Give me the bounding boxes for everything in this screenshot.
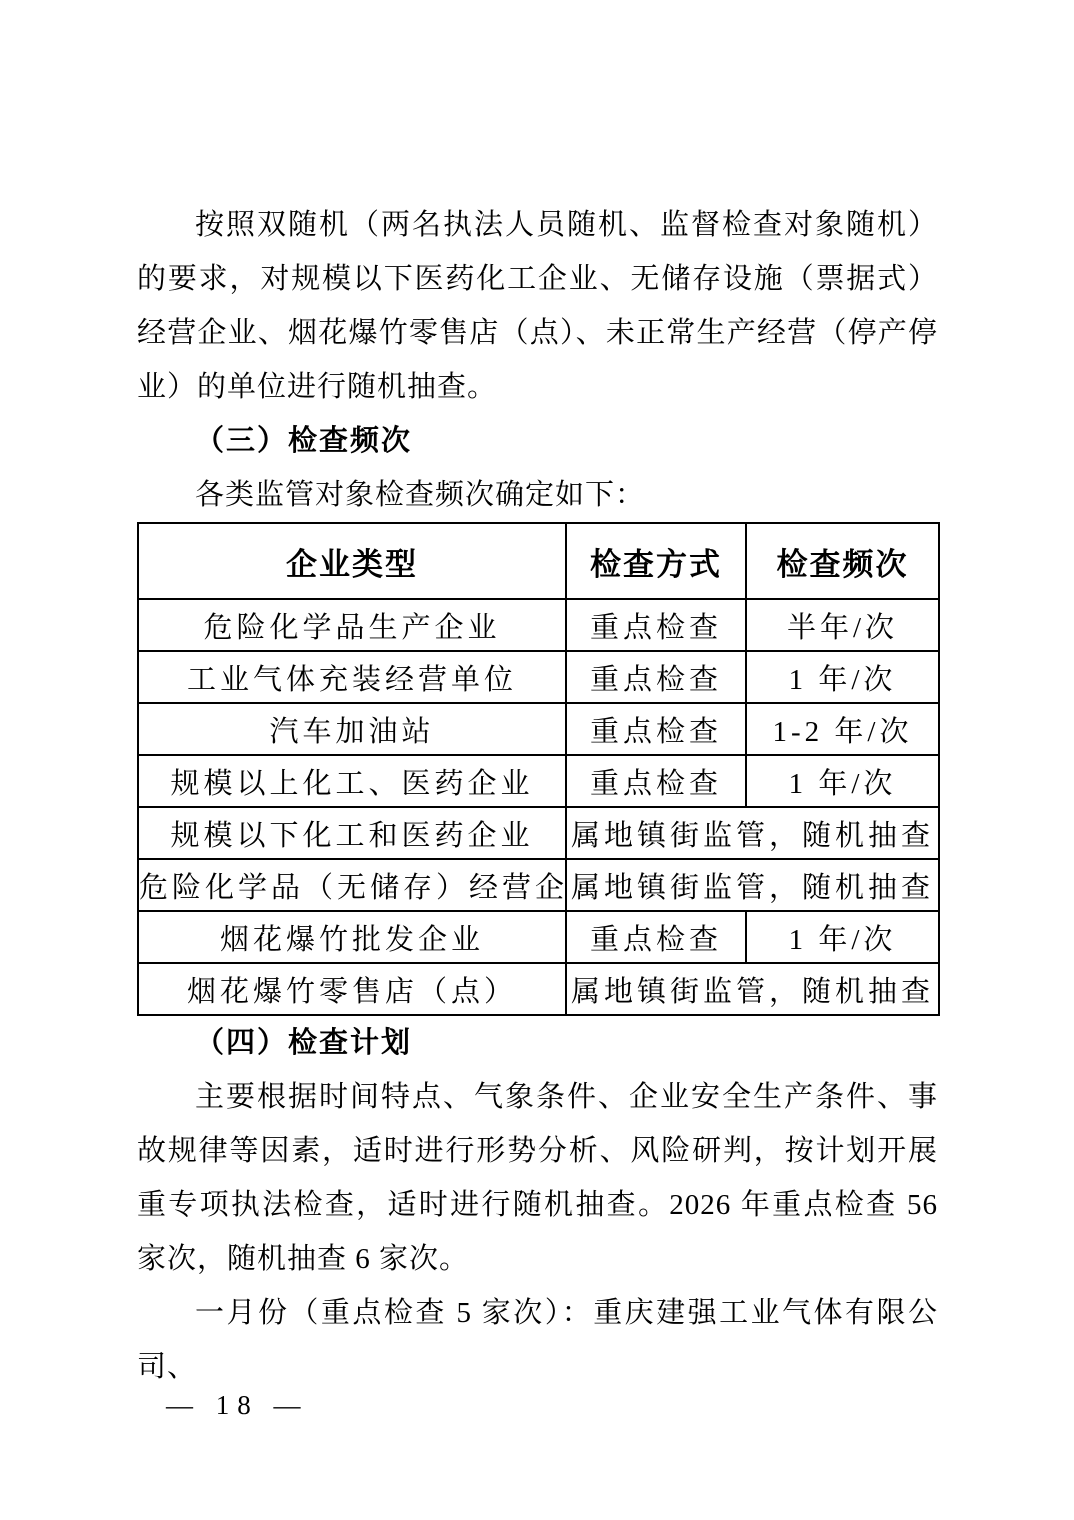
cell-inspection-frequency: 1-2 年/次 — [746, 703, 939, 755]
section-heading-4: （四）检查计划 — [137, 1016, 938, 1070]
cell-enterprise-type: 工业气体充装经营单位 — [138, 651, 566, 703]
table-row: 烟花爆竹批发企业 重点检查 1 年/次 — [138, 911, 939, 963]
section-heading-3: （三）检查频次 — [137, 414, 938, 468]
cell-inspection-method: 重点检查 — [566, 599, 746, 651]
paragraph-january: 一月份（重点检查 5 家次）：重庆建强工业气体有限公司、 — [137, 1286, 938, 1394]
cell-method-merged: 属地镇街监管，随机抽查 — [566, 807, 939, 859]
column-header-inspection-frequency: 检查频次 — [746, 523, 939, 599]
table-row: 烟花爆竹零售店（点） 属地镇街监管，随机抽查 — [138, 963, 939, 1015]
cell-enterprise-type: 汽车加油站 — [138, 703, 566, 755]
table-row: 危险化学品（无储存）经营企业 属地镇街监管，随机抽查 — [138, 859, 939, 911]
cell-enterprise-type: 规模以下化工和医药企业 — [138, 807, 566, 859]
cell-inspection-frequency: 1 年/次 — [746, 755, 939, 807]
table-row: 工业气体充装经营单位 重点检查 1 年/次 — [138, 651, 939, 703]
cell-inspection-frequency: 半年/次 — [746, 599, 939, 651]
column-header-enterprise-type: 企业类型 — [138, 523, 566, 599]
cell-inspection-frequency: 1 年/次 — [746, 651, 939, 703]
cell-enterprise-type: 规模以上化工、医药企业 — [138, 755, 566, 807]
cell-method-merged: 属地镇街监管，随机抽查 — [566, 859, 939, 911]
table-row: 危险化学品生产企业 重点检查 半年/次 — [138, 599, 939, 651]
page-number: — 18 — — [166, 1390, 309, 1421]
table-intro-line: 各类监管对象检查频次确定如下： — [137, 468, 938, 522]
table-header-row: 企业类型 检查方式 检查频次 — [138, 523, 939, 599]
cell-enterprise-type: 危险化学品生产企业 — [138, 599, 566, 651]
paragraph-inspection-plan: 主要根据时间特点、气象条件、企业安全生产条件、事故规律等因素，适时进行形势分析、… — [137, 1070, 938, 1286]
cell-enterprise-type: 烟花爆竹批发企业 — [138, 911, 566, 963]
cell-inspection-method: 重点检查 — [566, 703, 746, 755]
cell-inspection-method: 重点检查 — [566, 755, 746, 807]
cell-method-merged: 属地镇街监管，随机抽查 — [566, 963, 939, 1015]
cell-enterprise-type: 烟花爆竹零售店（点） — [138, 963, 566, 1015]
inspection-frequency-table: 企业类型 检查方式 检查频次 危险化学品生产企业 重点检查 半年/次 工业气体充… — [137, 522, 940, 1016]
document-content: 按照双随机（两名执法人员随机、监督检查对象随机）的要求，对规模以下医药化工企业、… — [137, 198, 938, 1394]
column-header-inspection-method: 检查方式 — [566, 523, 746, 599]
document-page: 按照双随机（两名执法人员随机、监督检查对象随机）的要求，对规模以下医药化工企业、… — [0, 0, 1074, 1520]
table-row: 规模以上化工、医药企业 重点检查 1 年/次 — [138, 755, 939, 807]
cell-inspection-method: 重点检查 — [566, 651, 746, 703]
cell-enterprise-type: 危险化学品（无储存）经营企业 — [138, 859, 566, 911]
table-row: 规模以下化工和医药企业 属地镇街监管，随机抽查 — [138, 807, 939, 859]
cell-inspection-frequency: 1 年/次 — [746, 911, 939, 963]
paragraph-double-random: 按照双随机（两名执法人员随机、监督检查对象随机）的要求，对规模以下医药化工企业、… — [137, 198, 938, 414]
cell-inspection-method: 重点检查 — [566, 911, 746, 963]
table-row: 汽车加油站 重点检查 1-2 年/次 — [138, 703, 939, 755]
